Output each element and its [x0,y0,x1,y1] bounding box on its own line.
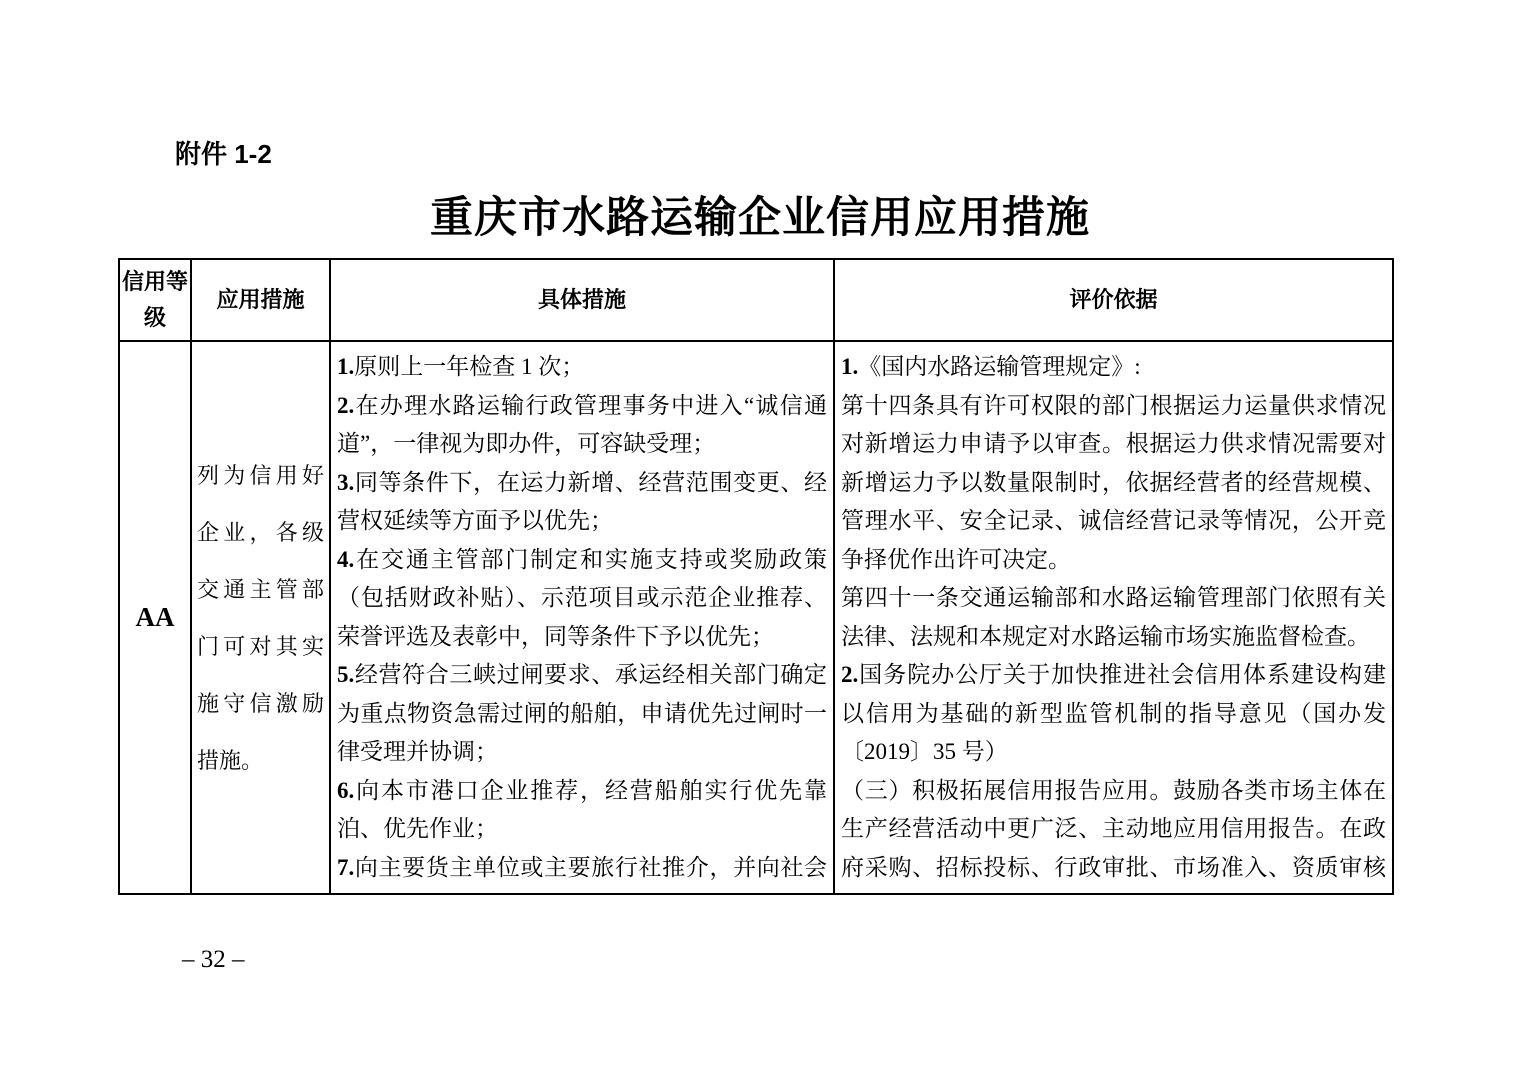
item-number: 2. [841,662,858,687]
item-number: 6. [337,778,354,803]
cell-application-measures: 列为信用好企业，各级交通主管部门可对其实施守信激励措施。 [192,342,331,893]
item-number: 2. [337,393,354,418]
attachment-label: 附件 1-2 [175,134,272,171]
item-text: （三）积极拓展信用报告应用。鼓励各类市场主体在生产经营活动中更广泛、主动地应用信… [841,778,1386,894]
column-header-evaluation-basis: 评价依据 [835,260,1392,340]
credit-measures-table: 信用等级 应用措施 具体措施 评价依据 AA 列为信用好企业，各级交通主管部门可… [118,258,1394,895]
item-number: 1. [841,354,858,379]
evaluation-basis-item: 第四十一条交通运输部和水路运输管理部门依照有关法律、法规和本规定对水路运输市场实… [841,579,1386,656]
specific-measure-item: 1.原则上一年检查 1 次； [337,348,827,387]
item-text: 向本市港口企业推荐，经营船舶实行优先靠泊、优先作业； [337,778,827,842]
column-header-application-measures: 应用措施 [192,260,331,340]
document-page: 附件 1-2 重庆市水路运输企业信用应用措施 信用等级 应用措施 具体措施 评价… [0,0,1520,1074]
specific-measure-item: 2.在办理水路运输行政管理事务中进入“诚信通道”，一律视为即办件，可容缺受理； [337,387,827,464]
column-header-credit-rating: 信用等级 [120,260,192,340]
specific-measure-item: 3.同等条件下，在运力新增、经营范围变更、经营权延续等方面予以优先； [337,464,827,541]
cell-specific-measures: 1.原则上一年检查 1 次； 2.在办理水路运输行政管理事务中进入“诚信通道”，… [331,342,835,893]
page-title: 重庆市水路运输企业信用应用措施 [0,184,1520,245]
table-header-row: 信用等级 应用措施 具体措施 评价依据 [120,260,1392,342]
column-header-specific-measures: 具体措施 [331,260,835,340]
cell-evaluation-basis: 1.《国内水路运输管理规定》: 第十四条具有许可权限的部门根据运力运量供求情况对… [835,342,1392,893]
item-text: 在办理水路运输行政管理事务中进入“诚信通道”，一律视为即办件，可容缺受理； [337,393,827,457]
item-number: 4. [337,547,354,572]
specific-measure-item: 6.向本市港口企业推荐，经营船舶实行优先靠泊、优先作业； [337,772,827,849]
item-text: 原则上一年检查 1 次； [354,354,584,379]
item-number: 1. [337,354,354,379]
item-number: 5. [337,662,354,687]
specific-measure-item: 4.在交通主管部门制定和实施支持或奖励政策（包括财政补贴）、示范项目或示范企业推… [337,541,827,657]
item-text: 向主要货主单位或主要旅行社推介，并向社会宣传 [337,855,827,894]
item-text: 《国内水路运输管理规定》: [858,354,1140,379]
item-text: 经营符合三峡过闸要求、承运经相关部门确定为重点物资急需过闸的船舶，申请优先过闸时… [337,662,827,764]
evaluation-basis-item: 2.国务院办公厅关于加快推进社会信用体系建设构建以信用为基础的新型监管机制的指导… [841,656,1386,772]
credit-rating-value: AA [136,602,175,633]
specific-measure-item: 5.经营符合三峡过闸要求、承运经相关部门确定为重点物资急需过闸的船舶，申请优先过… [337,656,827,772]
item-text: 第十四条具有许可权限的部门根据运力运量供求情况对新增运力申请予以审查。根据运力供… [841,393,1386,572]
evaluation-basis-item: 1.《国内水路运输管理规定》: [841,348,1386,387]
item-text: 国务院办公厅关于加快推进社会信用体系建设构建以信用为基础的新型监管机制的指导意见… [841,662,1386,764]
cell-credit-rating: AA [120,342,192,893]
table-row-aa: AA 列为信用好企业，各级交通主管部门可对其实施守信激励措施。 1.原则上一年检… [120,342,1392,893]
specific-measure-item: 7.向主要货主单位或主要旅行社推介，并向社会宣传 [337,849,827,894]
application-measure-text: 列为信用好企业，各级交通主管部门可对其实施守信激励措施。 [197,447,324,789]
item-number: 3. [337,470,354,495]
item-text: 同等条件下，在运力新增、经营范围变更、经营权延续等方面予以优先； [337,470,827,534]
item-text: 在交通主管部门制定和实施支持或奖励政策（包括财政补贴）、示范项目或示范企业推荐、… [337,547,827,649]
page-number: – 32 – [182,946,245,974]
item-text: 第四十一条交通运输部和水路运输管理部门依照有关法律、法规和本规定对水路运输市场实… [841,585,1386,649]
evaluation-basis-item: 第十四条具有许可权限的部门根据运力运量供求情况对新增运力申请予以审查。根据运力供… [841,387,1386,580]
item-number: 7. [337,855,354,880]
evaluation-basis-item: （三）积极拓展信用报告应用。鼓励各类市场主体在生产经营活动中更广泛、主动地应用信… [841,772,1386,894]
